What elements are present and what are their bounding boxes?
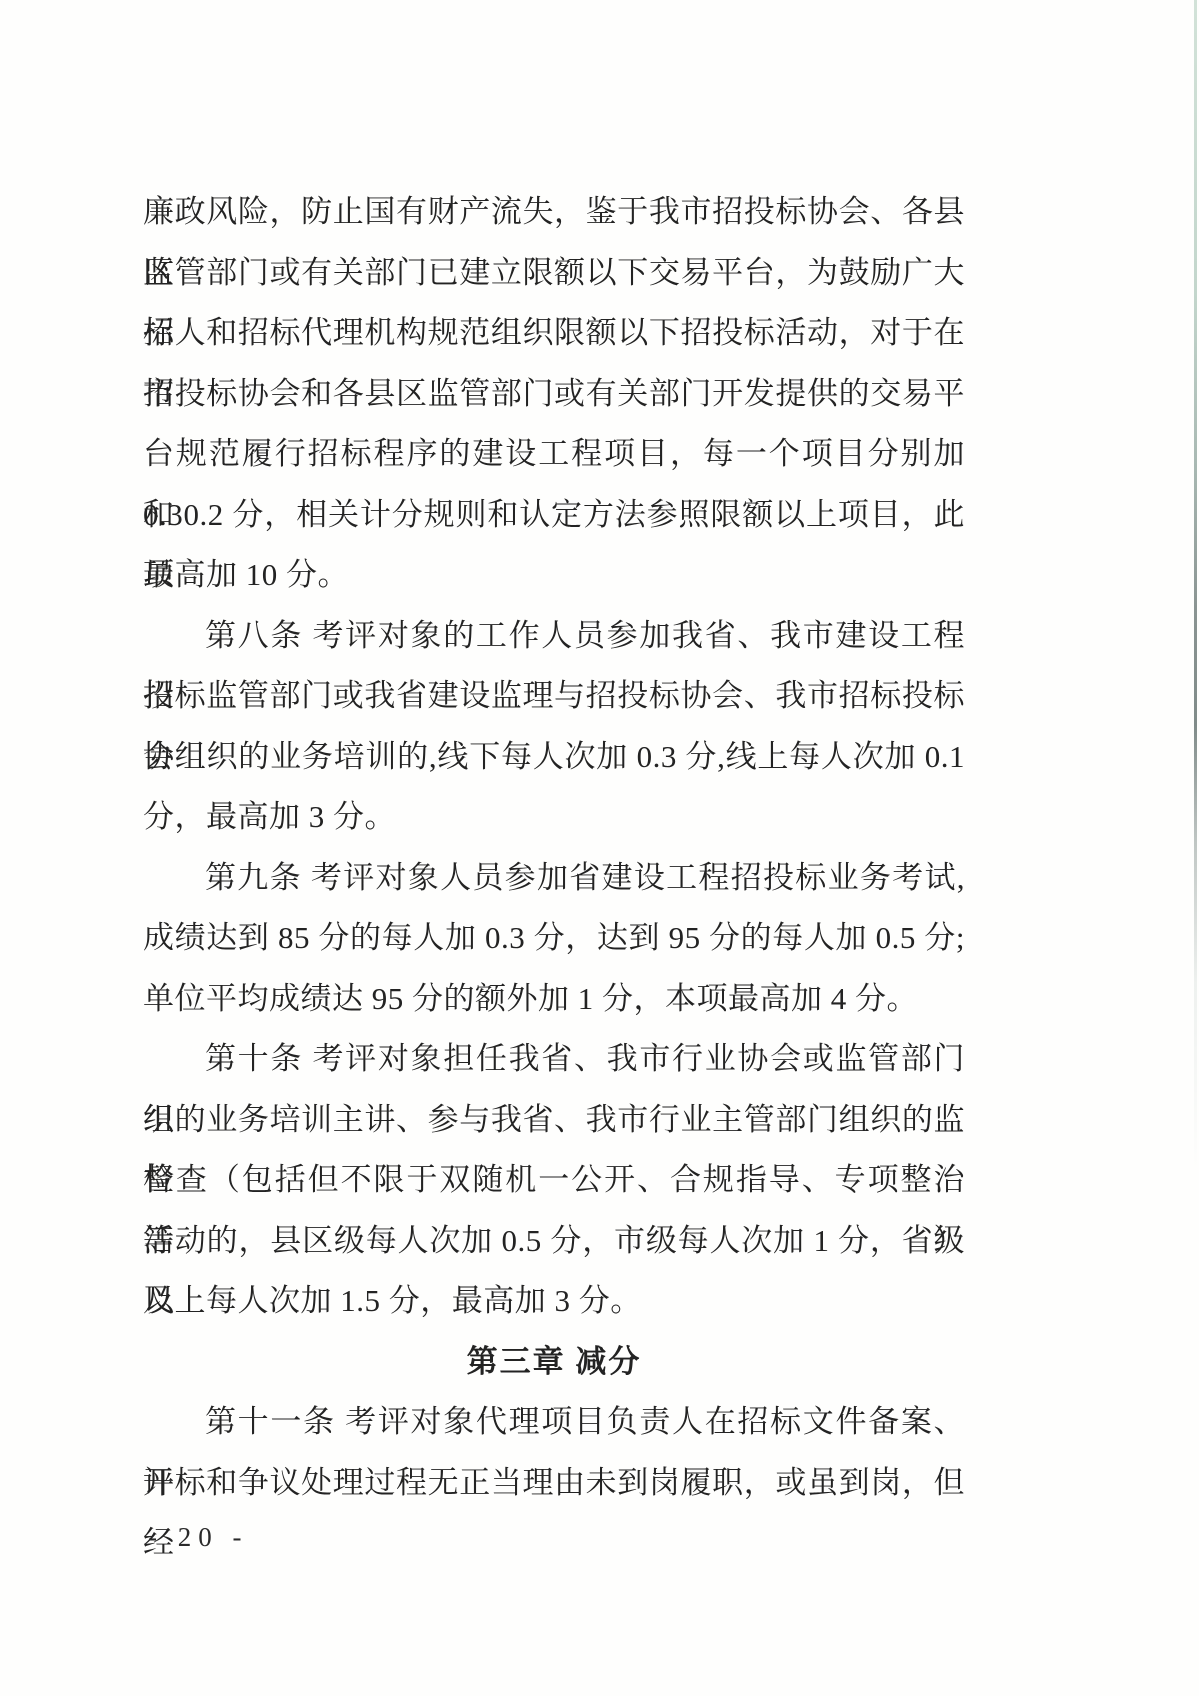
text-line: 廉政风险，防止国有财产流失，鉴于我市招投标协会、各县区 [143,182,965,243]
text-line: 以上每人次加 1.5 分，最高加 3 分。 [143,1271,965,1332]
text-line: 和 0.2 分，相关计分规则和认定方法参照限额以上项目，此项 [143,485,965,546]
text-line: 招投标协会和各县区监管部门或有关部门开发提供的交易平 [143,364,965,425]
text-line: 会组织的业务培训的,线下每人次加 0.3 分,线上每人次加 0.1 [143,727,965,788]
text-line: 织的业务培训主讲、参与我省、我市行业主管部门组织的监督 [143,1090,965,1151]
text-line: 监管部门或有关部门已建立限额以下交易平台，为鼓励广大招 [143,243,965,304]
text-line: 标人和招标代理机构规范组织限额以下招投标活动，对于在市 [143,303,965,364]
text-line: 最高加 10 分。 [143,545,965,606]
text-line: 台规范履行招标程序的建设工程项目，每一个项目分别加 0.3 [143,424,965,485]
text-line: 第十一条 考评对象代理项目负责人在招标文件备案、开 [143,1392,965,1453]
text-line: 评标和争议处理过程无正当理由未到岗履职，或虽到岗，但经 [143,1453,965,1514]
text-line: 第九条 考评对象人员参加省建设工程招投标业务考试, [143,848,965,909]
text-line: 第八条 考评对象的工作人员参加我省、我市建设工程招 [143,606,965,667]
text-line: 第十条 考评对象担任我省、我市行业协会或监管部门组 [143,1029,965,1090]
text-line: 投标监管部门或我省建设监理与招投标协会、我市招标投标协 [143,666,965,727]
document-body-text: 廉政风险，防止国有财产流失，鉴于我市招投标协会、各县区监管部门或有关部门已建立限… [143,182,965,1513]
page-number: - 20 - [148,1522,248,1553]
text-line: 单位平均成绩达 95 分的额外加 1 分，本项最高加 4 分。 [143,969,965,1030]
text-line: 检查（包括但不限于双随机一公开、合规指导、专项整治等） [143,1150,965,1211]
text-line: 活动的，县区级每人次加 0.5 分，市级每人次加 1 分，省级及 [143,1211,965,1272]
scan-edge-artifact [1194,0,1197,1170]
chapter-heading: 第三章 减分 [143,1332,965,1393]
text-line: 分，最高加 3 分。 [143,787,965,848]
text-line: 成绩达到 85 分的每人加 0.3 分，达到 95 分的每人加 0.5 分; [143,908,965,969]
document-page: 廉政风险，防止国有财产流失，鉴于我市招投标协会、各县区监管部门或有关部门已建立限… [0,0,1199,1696]
